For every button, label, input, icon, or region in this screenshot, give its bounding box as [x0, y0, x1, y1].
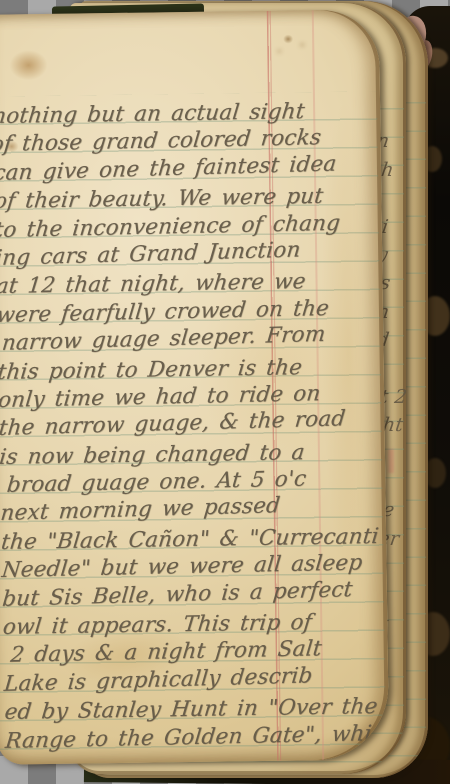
photo-backdrop: { "journal": { "lines": [ "nothing but a… — [0, 0, 450, 784]
stain — [9, 50, 47, 81]
journal-page: nothing but an actual sightof those gran… — [0, 9, 389, 764]
handwriting-block: nothing but an actual sightof those gran… — [0, 96, 381, 757]
journal-photo: inchiailyssinldst 2ghtedetertste nothing… — [0, 0, 450, 784]
stain — [283, 34, 293, 43]
